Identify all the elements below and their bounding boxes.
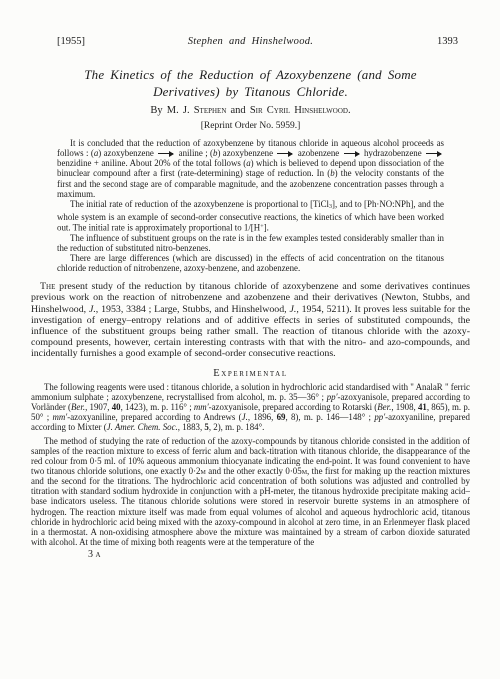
- intro-paragraph: The present study of the reduction by ti…: [31, 281, 470, 358]
- signature-mark: 3 a: [88, 549, 470, 560]
- reaction-arrow-icon: [426, 153, 441, 154]
- reprint-order: [Reprint Order No. 5959.]: [31, 121, 470, 131]
- article-title-line1: The Kinetics of the Reduction of Azoxybe…: [31, 67, 470, 84]
- experimental-paragraph: The method of studying the rate of reduc…: [31, 436, 470, 548]
- experimental-paragraph: The following reagents were used : titan…: [31, 382, 470, 433]
- reaction-arrow-icon: [344, 153, 359, 154]
- abstract-paragraph: There are large differences (which are d…: [57, 253, 444, 273]
- journal-page: [1955] Stephen and Hinshelwood. 1393 The…: [0, 0, 500, 679]
- running-title: Stephen and Hinshelwood.: [31, 36, 470, 47]
- abstract-paragraph: The initial rate of reduction of the azo…: [57, 199, 444, 233]
- reaction-arrow-icon: [158, 153, 173, 154]
- reaction-arrow-icon: [277, 153, 292, 154]
- abstract-paragraph: The influence of substituent groups on t…: [57, 233, 444, 253]
- page-number: 1393: [437, 36, 458, 47]
- byline: By M. J. Stephen and Sir Cyril Hinshelwo…: [31, 105, 470, 116]
- article-title: The Kinetics of the Reduction of Azoxybe…: [31, 67, 470, 100]
- abstract-paragraph: It is concluded that the reduction of az…: [57, 138, 444, 199]
- article-title-line2: Derivatives) by Titanous Chloride.: [31, 84, 470, 101]
- abstract: It is concluded that the reduction of az…: [57, 138, 444, 273]
- page-header: [1955] Stephen and Hinshelwood. 1393: [31, 36, 470, 50]
- section-heading-experimental: Experimental: [31, 368, 470, 379]
